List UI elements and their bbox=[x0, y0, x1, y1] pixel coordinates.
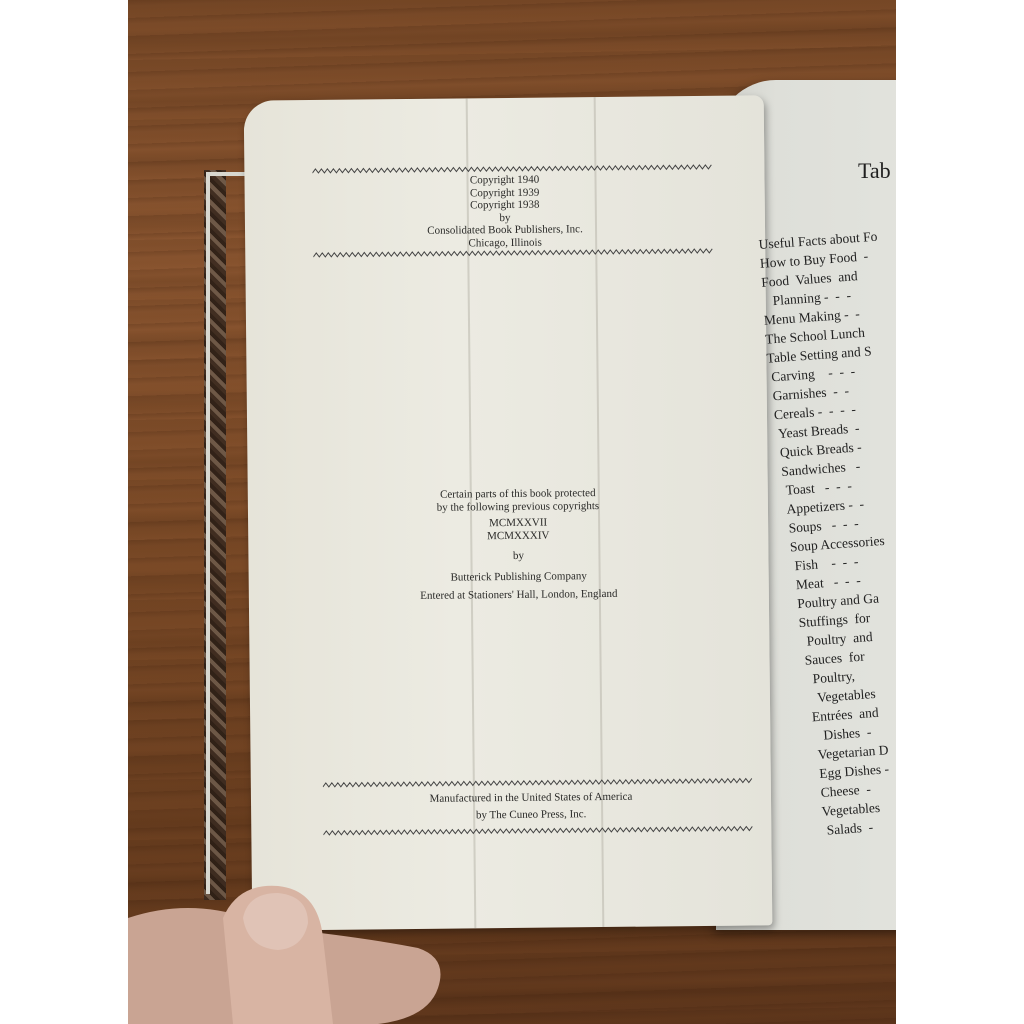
binding-wire-vertical bbox=[206, 172, 214, 894]
hand-thumb bbox=[128, 878, 458, 1024]
copyright-block: Copyright 1940 Copyright 1939 Copyright … bbox=[324, 172, 685, 251]
photo-background-wood-table: Copyright 1940 Copyright 1939 Copyright … bbox=[128, 0, 896, 1024]
manufacture-line: Manufactured in the United States of Ame… bbox=[351, 790, 711, 806]
wavy-rule-top bbox=[323, 775, 753, 790]
previous-copyrights-block: Certain parts of this book protected by … bbox=[338, 486, 699, 603]
left-page-copyright: Copyright 1940 Copyright 1939 Copyright … bbox=[244, 95, 773, 930]
manufacture-line: by The Cuneo Press, Inc. bbox=[351, 806, 711, 822]
by-text: by bbox=[338, 548, 698, 564]
stationers-hall-note: Entered at Stationers' Hall, London, Eng… bbox=[339, 587, 699, 603]
previous-copyright-intro: by the following previous copyrights bbox=[338, 499, 698, 515]
publisher-name: Butterick Publishing Company bbox=[339, 569, 699, 585]
toc-title: Tab bbox=[858, 158, 891, 184]
wavy-rule-bottom bbox=[323, 823, 753, 838]
roman-year: MCMXXXIV bbox=[338, 528, 698, 544]
manufacture-block: Manufactured in the United States of Ame… bbox=[351, 790, 711, 823]
